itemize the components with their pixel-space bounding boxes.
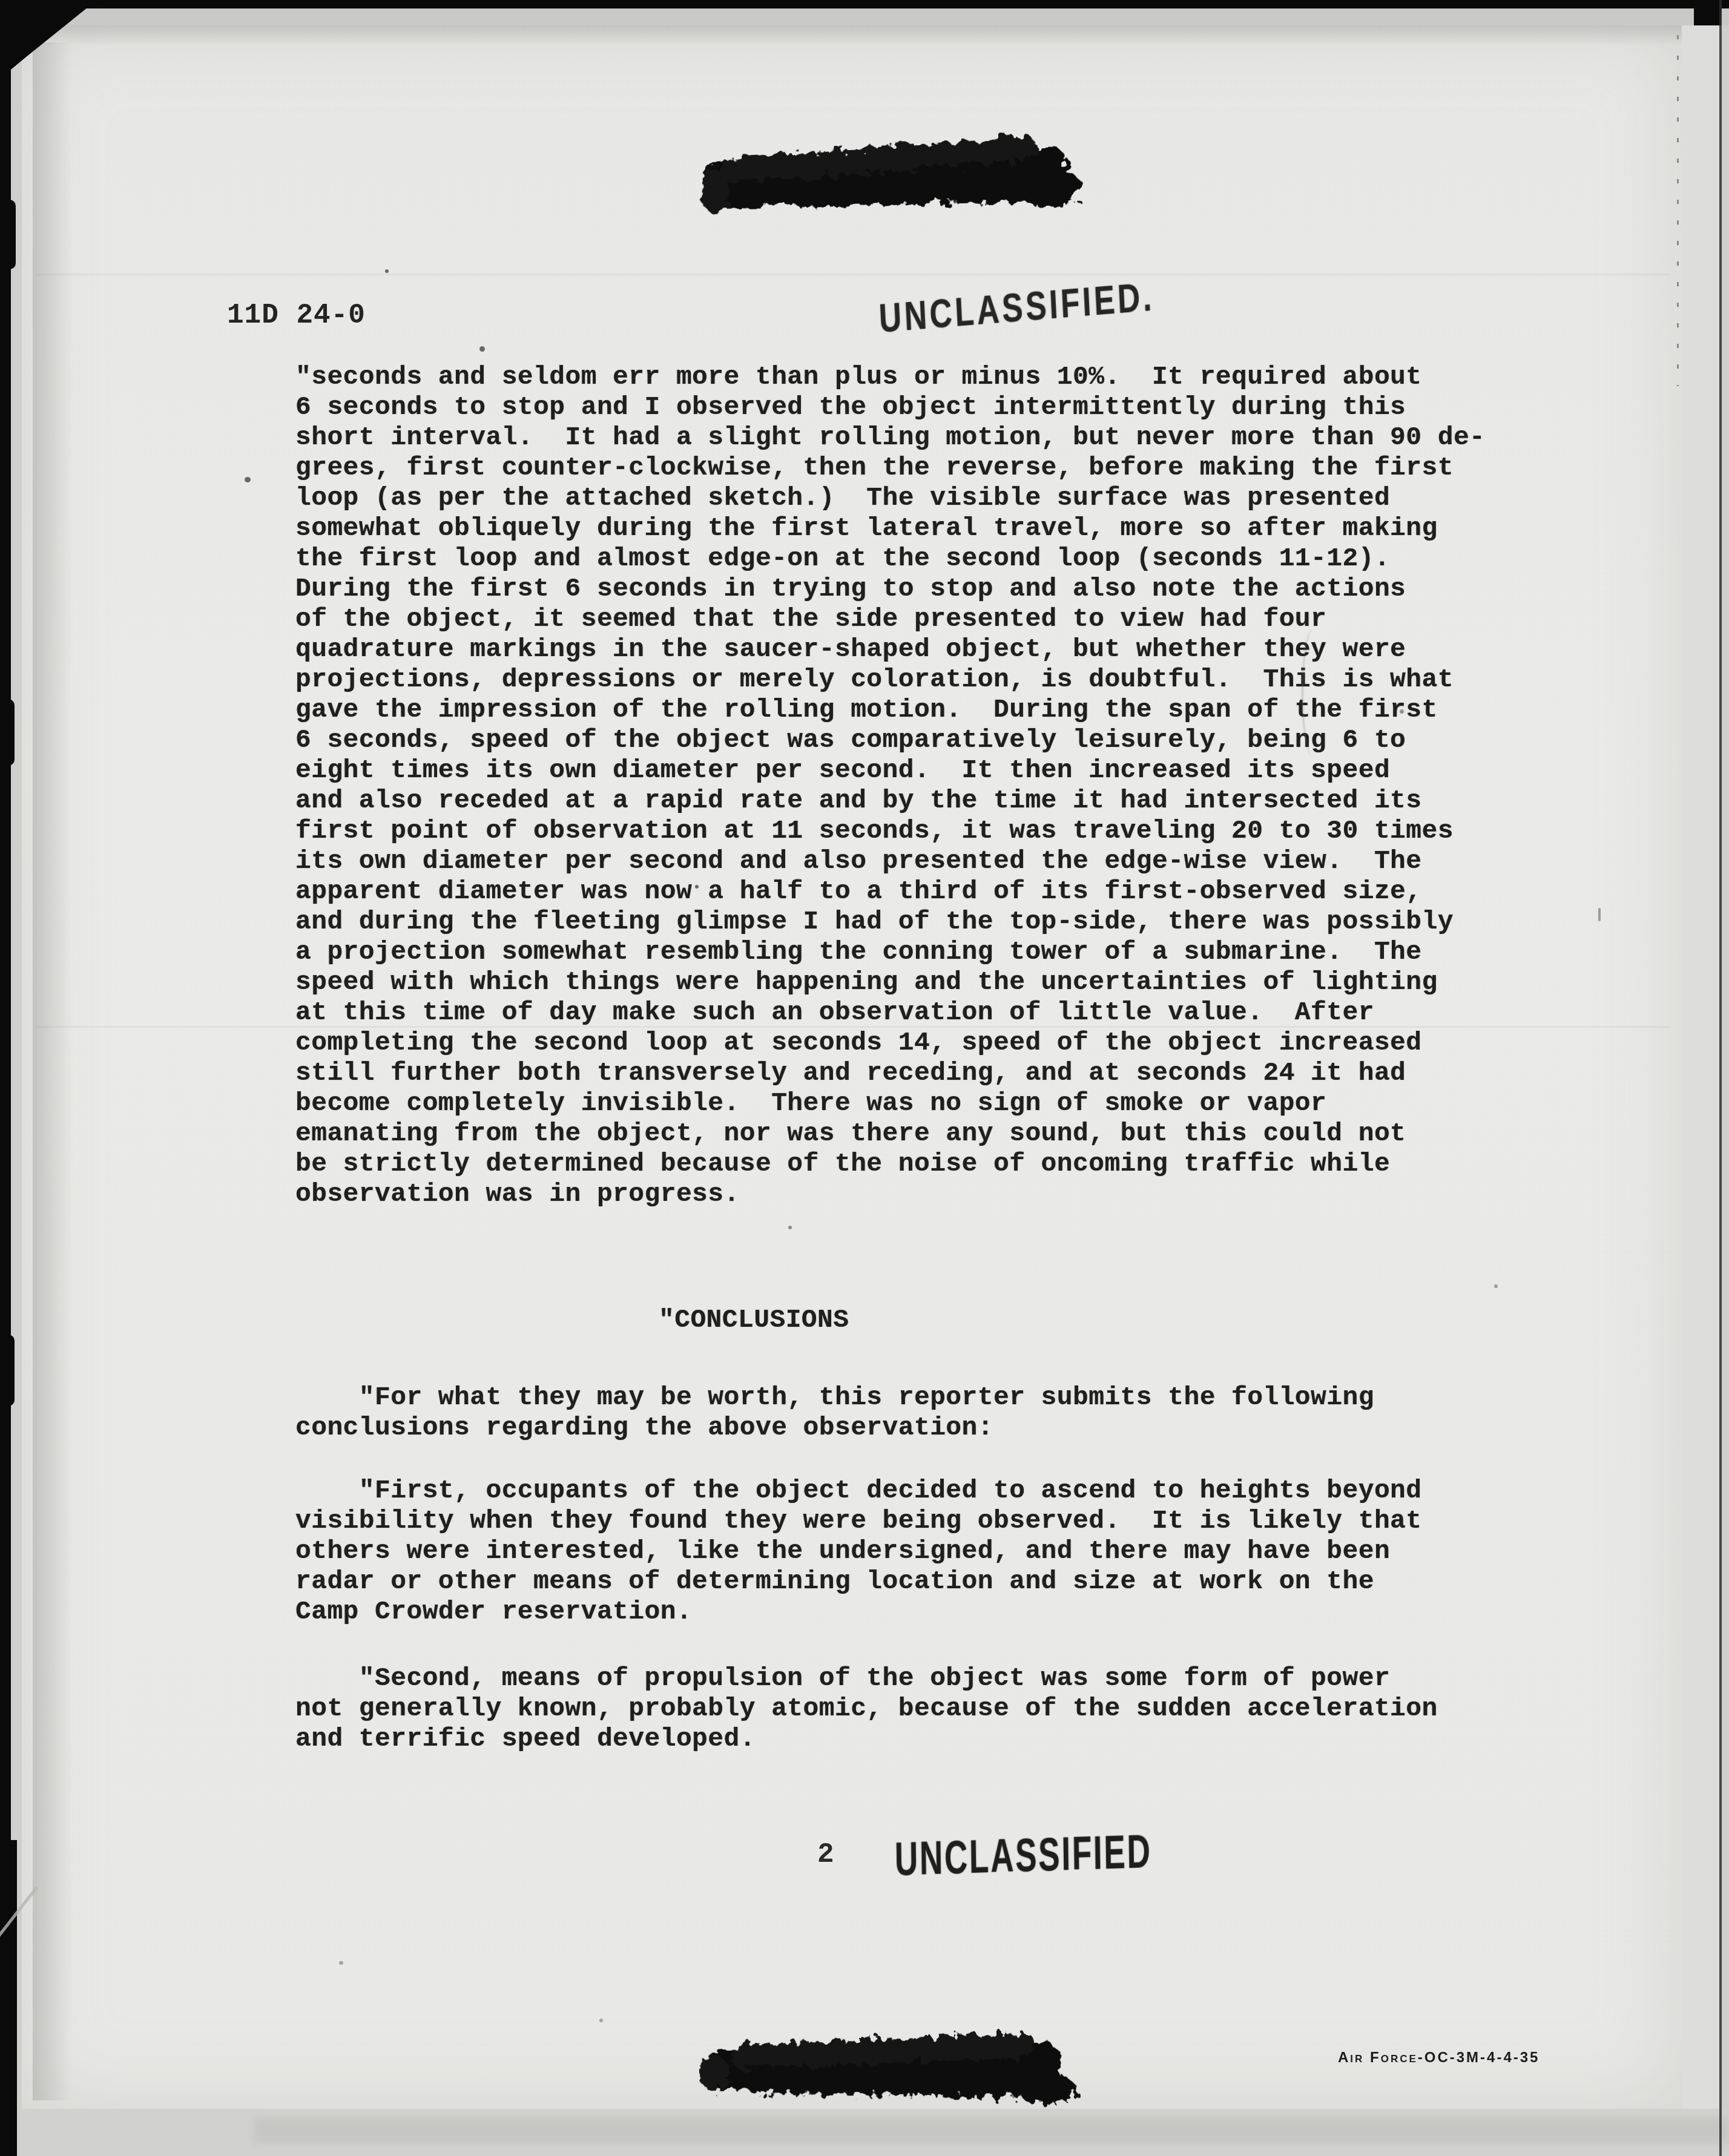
scan-corner-top-right <box>1694 0 1722 25</box>
report-paragraph-second-conclusion: "Second, means of propulsion of the obje… <box>295 1663 1438 1754</box>
paper-speck <box>479 346 485 352</box>
scan-corner-bottom-left <box>0 1840 17 2156</box>
conclusions-heading: "CONCLUSIONS <box>659 1305 849 1335</box>
page-number: 2 <box>817 1839 834 1870</box>
scan-band-top <box>0 8 1729 25</box>
film-edge-mark <box>0 200 16 269</box>
scan-bed-right <box>1682 24 1719 2109</box>
report-paragraph-first-conclusion: "First, occupants of the object decided … <box>295 1476 1422 1627</box>
redaction-stamp-bottom <box>690 2028 1102 2114</box>
paper-speck <box>245 477 251 482</box>
ink-blot <box>690 2028 1102 2114</box>
print-run-code: Air Force-OC-3M-4-4-35 <box>1338 2049 1540 2066</box>
scan-edge-right <box>1719 0 1722 2156</box>
document-id: 11D 24-0 <box>227 300 366 331</box>
paper-speck <box>1494 1284 1498 1288</box>
scan-edge-left <box>0 0 11 2156</box>
page-edge-shadow-left <box>33 42 71 2100</box>
scan-edge-top <box>0 0 1729 8</box>
paper-speck <box>385 269 389 273</box>
paper-speck <box>788 1226 792 1229</box>
report-paragraph-observation: "seconds and seldom err more than plus o… <box>295 362 1485 1209</box>
scan-bed-bottom-shadow <box>254 2117 1729 2144</box>
paper-scratch <box>1598 908 1601 921</box>
film-edge-mark <box>0 1335 15 1406</box>
paper-crease <box>1302 629 1324 757</box>
paper-speck <box>695 885 699 889</box>
perforation-dotted-line <box>1677 35 1679 386</box>
paper-speck <box>599 2019 603 2022</box>
unclassified-stamp-bottom: UNCLASSIFIED <box>894 1824 1152 1887</box>
film-edge-mark <box>0 699 15 766</box>
scanned-document-page: 11D 24-0 UNCLASSIFIED. "seconds and seld… <box>0 0 1729 2156</box>
scanner-streak <box>36 274 1671 275</box>
paper-speck <box>1400 709 1404 714</box>
paper-speck <box>339 1961 343 1965</box>
page-edge-shadow-top <box>22 24 1682 46</box>
report-paragraph-intro: "For what they may be worth, this report… <box>295 1382 1374 1443</box>
